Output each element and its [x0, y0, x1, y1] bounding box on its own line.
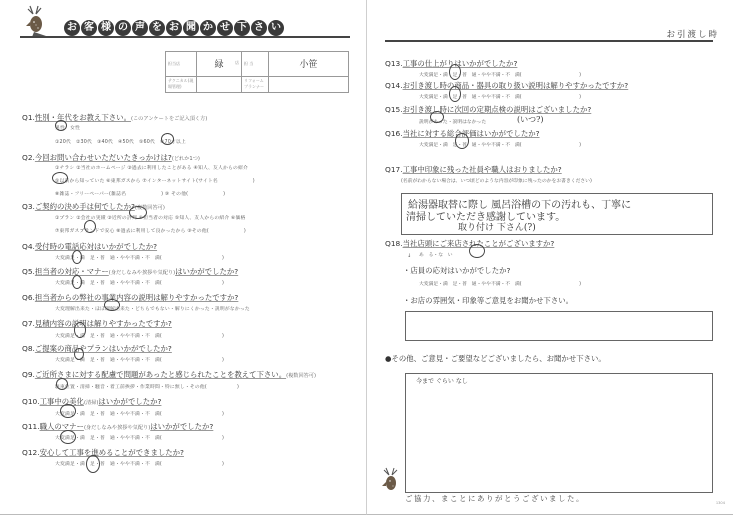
answer-circle-mark	[74, 348, 84, 360]
title-char: せ	[217, 20, 233, 36]
title-char: さ	[251, 20, 267, 36]
question-4: Q4.受付時の電話応対はいかがでしたか?	[22, 241, 157, 252]
question-2: Q2.今回お問い合わせいただいたきっかけは?(どれか1つ)	[22, 152, 200, 163]
question-number: Q3.	[22, 202, 35, 211]
title-underline	[20, 36, 350, 38]
answer-circle-mark	[161, 133, 174, 145]
question-13-options[interactable]: 大変満足・満 足・普 通・やや不満・不 満( )	[419, 71, 581, 78]
title-char: お	[64, 20, 80, 36]
question-note: (清掃)	[84, 400, 98, 406]
question-text: ご近所さまに対する配慮で問題があったと感じられたことを教えて下さい。	[35, 370, 286, 379]
title-char: の	[115, 20, 131, 36]
answer-circle-mark	[56, 378, 68, 390]
answer-circle-mark	[74, 322, 86, 338]
question-note: (このアンケートをご記入頂く方)	[131, 116, 207, 122]
question-note: (複数回答可)	[286, 373, 316, 379]
question-18-options[interactable]: あ る・な い	[419, 251, 453, 258]
question-14: Q14.お引き渡し時の商品・器具の取り扱い説明は解りやすかったですか?	[385, 80, 628, 91]
question-5: Q5.担当者の対応・マナー(身だしなみや挨拶や気配り)はいかがでしたか?	[22, 266, 238, 277]
question-text: 担当者の対応・マナー	[35, 267, 109, 276]
q18-arrow-icon: ↓	[407, 253, 411, 259]
question-number: Q8.	[22, 344, 35, 353]
question-note: (名前がわからない場合は、いつ頃どのような内容が印象に残ったのかをお書きください…	[401, 177, 592, 184]
section-label: お引渡し時	[666, 28, 719, 40]
planner-value	[269, 76, 349, 92]
question-1: Q1.性別・年代をお教え下さい。(このアンケートをご記入頂く方)	[22, 112, 207, 123]
question-10-options[interactable]: 大変満足・満 足・普 通・やや不満・不 満( )	[55, 410, 224, 417]
question-6-options[interactable]: 大変理解出来た・ほぼ理解出来た・どちらでもない・解りにくかった・説明がなかった	[55, 305, 250, 312]
question-text: 工事中印象に残った社員や職人はおりましたか?	[403, 165, 562, 174]
other-comments-box[interactable]: 今まで ぐらい なし	[405, 373, 713, 493]
question-6: Q6.担当者からの弊社の事業内容の説明は解りやすかったですか?	[22, 292, 238, 303]
question-text: 今回お問い合わせいただいたきっかけは?	[35, 153, 172, 162]
question-15: Q15.お引き渡し時に次回の定期点検の説明はございましたか?	[385, 104, 591, 115]
question-number: Q5.	[22, 267, 35, 276]
answer-circle-mark	[430, 111, 444, 123]
question-text-2: はいかがでしたか?	[175, 267, 238, 276]
page-title: お客様の声をお聞かせ下さい	[64, 20, 284, 36]
question-number: Q18.	[385, 239, 403, 248]
technical-label: テクニカル(現場管理)	[166, 76, 197, 92]
question-number: Q4.	[22, 242, 35, 251]
question-number: Q13.	[385, 59, 403, 68]
answer-circle-mark	[55, 120, 67, 131]
answer-circle-mark	[449, 86, 461, 102]
question-text: 当社に対する総合評価はいかがでしたか?	[403, 129, 540, 138]
question-2-options[interactable]: ⑧雑誌・フリーペーパー(雑誌名 ) ⑨ その他( )	[55, 190, 225, 197]
title-char: い	[268, 20, 284, 36]
question-14-options[interactable]: 大変満足・満 足・普 通・やや不満・不 満( )	[419, 93, 581, 100]
title-char: 聞	[183, 20, 199, 36]
question-number: Q11.	[22, 422, 40, 431]
store-impression-box[interactable]	[405, 311, 713, 341]
question-number: Q16.	[385, 129, 403, 138]
answer-circle-mark	[72, 275, 82, 289]
question-text: お引き渡し時の商品・器具の取り扱い説明は解りやすかったですか?	[403, 81, 629, 90]
store-impression-question: ・お店の雰囲気・印象等ご意見をお聞かせ下さい。	[403, 295, 573, 306]
question-9-options[interactable]: 駐車位置・清掃・騒音・着工前挨拶・作業時間・特に無し・その他( )	[55, 383, 239, 390]
other-comments-handwritten: 今まで ぐらい なし	[416, 376, 468, 385]
question-text: 安心して工事を進めることができましたか?	[40, 448, 184, 457]
section-underline	[385, 40, 713, 42]
title-char: を	[149, 20, 165, 36]
question-10: Q10.工事中の美化(清掃)はいかがでしたか?	[22, 396, 161, 407]
question-7: Q7.見積内容の説明は解りやすかったですか?	[22, 318, 172, 329]
question-text-2: はいかがでしたか?	[98, 397, 161, 406]
question-number: Q6.	[22, 293, 35, 302]
question-number: Q9.	[22, 370, 35, 379]
question-text: ご契約の決め手は何でしたか?	[35, 202, 135, 211]
question-text: 性別・年代をお教え下さい。	[35, 113, 131, 122]
title-char: 下	[234, 20, 250, 36]
answer-circle-mark	[60, 430, 76, 444]
answer-circle-mark	[469, 244, 485, 258]
question-text: 見積内容の説明は解りやすかったですか?	[35, 319, 172, 328]
question-text: 職人のマナー	[40, 422, 84, 431]
question-2-options[interactable]: ①チラシ ②当社のホームページ ③過去に利用したことがある ④知人、友人からの紹…	[55, 164, 248, 171]
question-number: Q10.	[22, 397, 40, 406]
q17-answer-box[interactable]: 給湯器取替に際し 風呂浴槽の下の汚れも、丁寧に 清掃していただき感謝しています。…	[401, 193, 713, 235]
question-number: Q12.	[22, 448, 40, 457]
question-number: Q14.	[385, 81, 403, 90]
question-12-options[interactable]: 大変満足・満 足・普 通・やや不満・不 満( )	[55, 460, 224, 467]
store-staff-question: ・店員の応対はいかがでしたか?	[403, 265, 510, 276]
answer-circle-mark	[60, 404, 76, 418]
answer-circle-mark	[86, 455, 100, 473]
question-note: (身だしなみや挨拶や気配り)	[109, 270, 175, 276]
title-char: 客	[81, 20, 97, 36]
technical-value	[197, 76, 242, 92]
question-15-options[interactable]: 説明があった・説明はなかった	[419, 118, 486, 125]
answer-circle-mark	[72, 250, 82, 264]
question-number: Q17.	[385, 165, 403, 174]
question-text-2: はいかがでしたか?	[150, 422, 213, 431]
q17-handwritten-line-3: 取り付け 下さん(?)	[458, 220, 536, 233]
store-staff-options: 大変満足・満 足・普 通・やや不満・不 満( )	[419, 280, 581, 287]
question-12: Q12.安心して工事を進めることができましたか?	[22, 447, 184, 458]
answer-circle-mark	[52, 172, 68, 184]
answer-circle-mark	[129, 206, 147, 219]
title-char: 声	[132, 20, 148, 36]
question-2-options[interactable]: ⑤以前から知っていた ⑥東邦ガスから ⑦インターネットサイト(サイト名 )	[55, 177, 255, 184]
question-number: Q15.	[385, 105, 403, 114]
question-text: ご提案の商品やプランはいかがでしたか?	[35, 344, 172, 353]
form-code: 1304	[716, 501, 725, 505]
title-char: 様	[98, 20, 114, 36]
q15-handwritten-note: (いつ?)	[517, 114, 544, 125]
store-label: 担当店	[166, 52, 197, 77]
question-number: Q1.	[22, 113, 35, 122]
question-number: Q7.	[22, 319, 35, 328]
planner-label: リフォームプランナー	[242, 76, 269, 92]
thanks-message: ご協力、まことにありがとうございました。	[405, 493, 585, 504]
question-17: Q17.工事中印象に残った社員や職人はおりましたか?	[385, 164, 562, 175]
question-text: 工事中の美化	[40, 397, 84, 406]
answer-circle-mark	[104, 299, 120, 311]
question-9: Q9.ご近所さまに対する配慮で問題があったと感じられたことを教えて下さい。(複数…	[22, 369, 316, 380]
title-char: か	[200, 20, 216, 36]
question-11: Q11.職人のマナー(身だしなみや挨拶や気配り)はいかがでしたか?	[22, 421, 213, 432]
question-note: (どれか1つ)	[172, 156, 200, 162]
deer-footer-icon	[381, 466, 403, 496]
staff-table: 担当店 緑 店 担 当 小笹 テクニカル(現場管理) リフォームプランナー	[165, 51, 349, 93]
deer-logo-icon	[24, 4, 54, 38]
person-value: 小笹	[269, 52, 349, 77]
question-8: Q8.ご提案の商品やプランはいかがでしたか?	[22, 343, 172, 354]
question-text: 受付時の電話応対はいかがでしたか?	[35, 242, 157, 251]
question-16-options[interactable]: 大変満足・満 足・普 通・やや不満・不 満( )	[419, 141, 581, 148]
person-label: 担 当	[242, 52, 269, 77]
question-number: Q2.	[22, 153, 35, 162]
answer-circle-mark	[449, 64, 461, 80]
question-note: (身だしなみや挨拶や気配り)	[84, 425, 150, 431]
title-char: お	[166, 20, 182, 36]
other-comments-label: ●その他、ご意見・ご要望などございましたら、お聞かせ下さい。	[385, 353, 606, 364]
survey-right-page: お引渡し時 Q13.工事の仕上がりはいかがでしたか?大変満足・満 足・普 通・や…	[367, 0, 733, 515]
survey-left-page: お客様の声をお聞かせ下さい 担当店 緑 店 担 当 小笹 テクニカル(現場管理)…	[0, 0, 367, 515]
store-value: 緑 店	[197, 52, 242, 77]
question-text: 担当者からの弊社の事業内容の説明は解りやすかったですか?	[35, 293, 238, 302]
question-11-options[interactable]: 大変満足・満 足・普 通・やや不満・不 満( )	[55, 434, 224, 441]
answer-circle-mark	[455, 133, 469, 149]
answer-circle-mark	[84, 220, 96, 233]
question-3-options[interactable]: ①プラン ②会社の実績 ③近所の評判 ④担当者の対応 ⑤知人、友人からの紹介 ⑥…	[55, 214, 246, 221]
